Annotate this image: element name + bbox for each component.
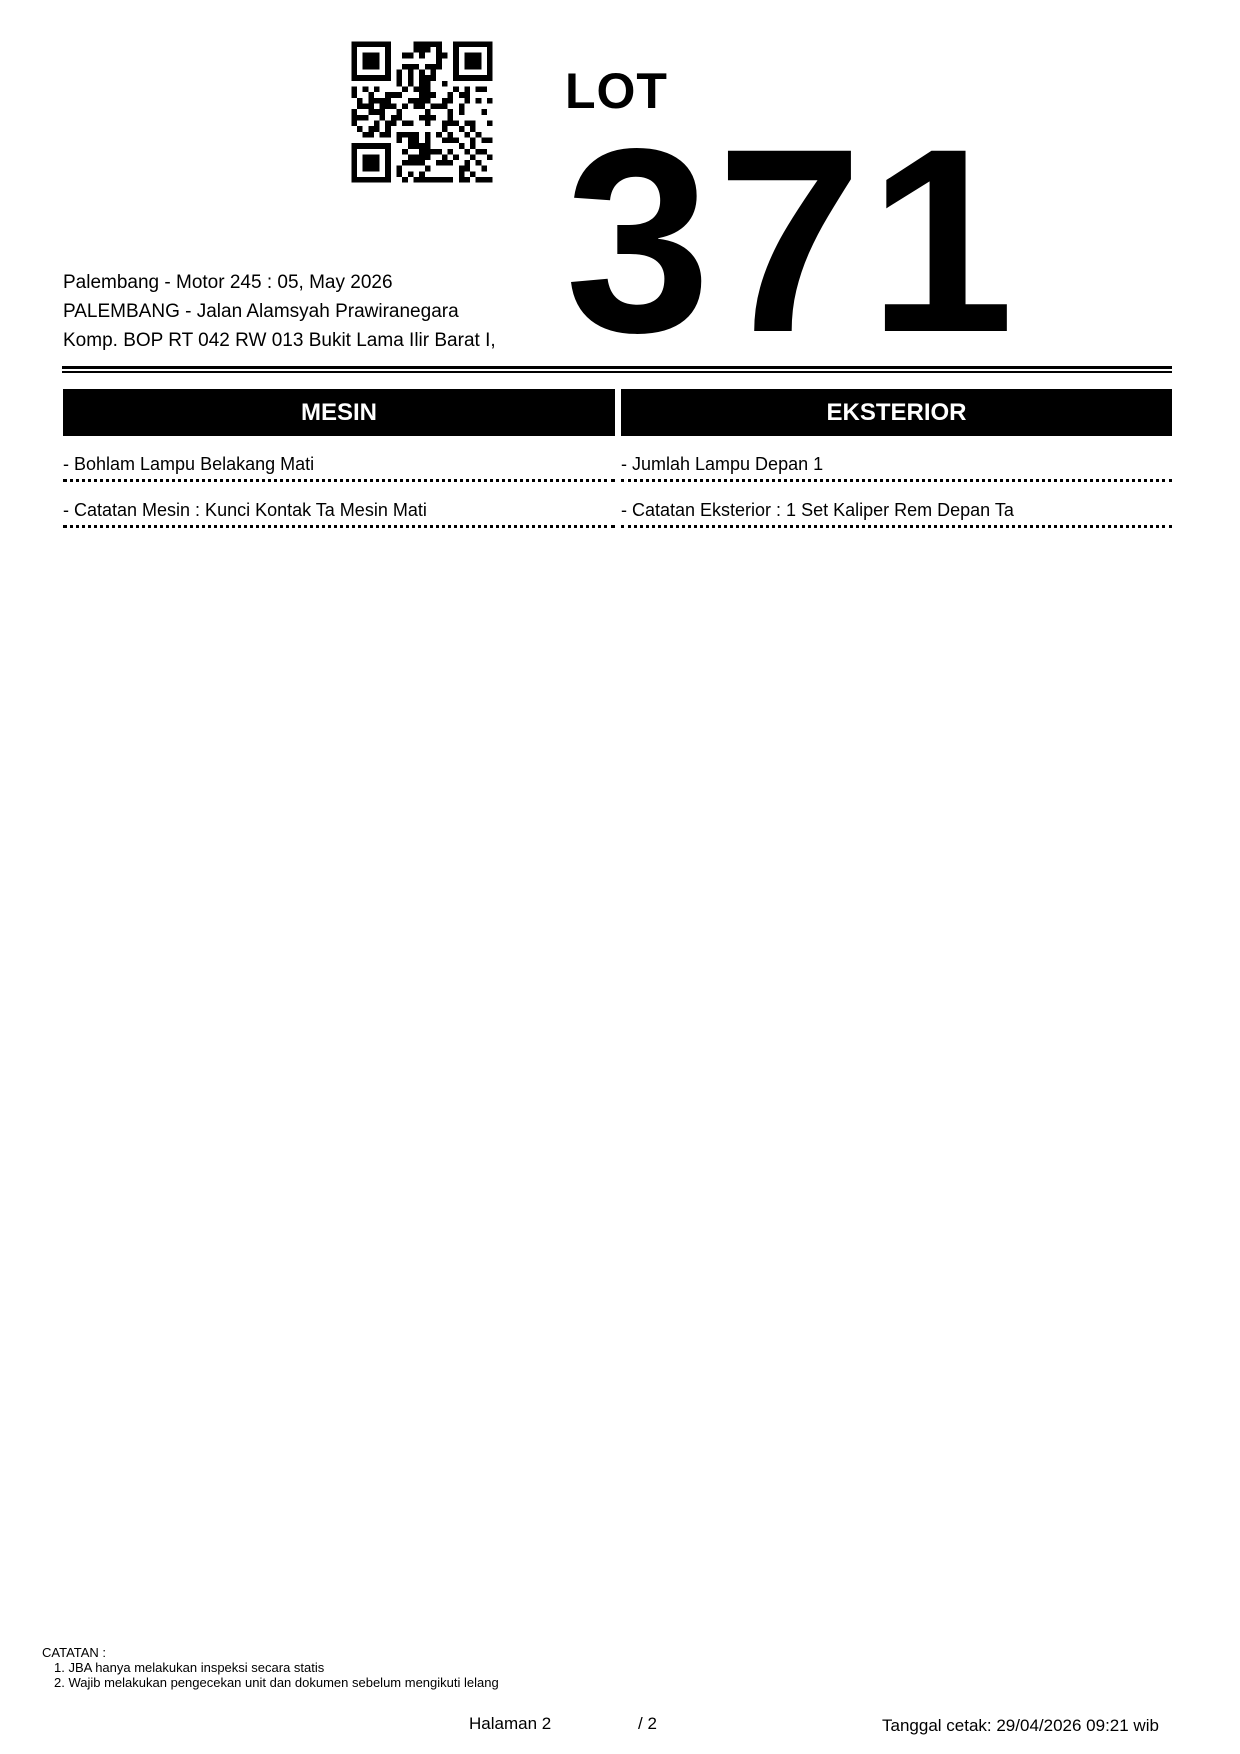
inspection-item: - Jumlah Lampu Depan 1 — [621, 436, 1172, 482]
lot-number: 371 — [565, 110, 1020, 372]
qr-code-icon — [340, 30, 504, 194]
section-header: MESIN — [63, 389, 615, 436]
print-date: Tanggal cetak: 29/04/2026 09:21 wib — [882, 1716, 1159, 1736]
notes-block: CATATAN : 1. JBA hanya melakukan inspeks… — [42, 1645, 499, 1690]
note-item: 1. JBA hanya melakukan inspeksi secara s… — [42, 1660, 499, 1675]
section-header: EKSTERIOR — [621, 389, 1172, 436]
inspection-item: - Catatan Eksterior : 1 Set Kaliper Rem … — [621, 482, 1172, 528]
inspection-item: - Bohlam Lampu Belakang Mati — [63, 436, 615, 482]
note-item: 2. Wajib melakukan pengecekan unit dan d… — [42, 1675, 499, 1690]
page-total: / 2 — [638, 1714, 657, 1734]
notes-title: CATATAN : — [42, 1645, 499, 1660]
inspection-item: - Catatan Mesin : Kunci Kontak Ta Mesin … — [63, 482, 615, 528]
section-mesin: MESIN - Bohlam Lampu Belakang Mati - Cat… — [63, 389, 615, 528]
address-line-2: Komp. BOP RT 042 RW 013 Bukit Lama Ilir … — [63, 326, 496, 355]
auction-location: Palembang - Motor 245 : 05, May 2026 PAL… — [63, 268, 496, 355]
header-divider-secondary — [62, 371, 1172, 373]
page-number: Halaman 2 — [469, 1714, 551, 1734]
section-eksterior: EKSTERIOR - Jumlah Lampu Depan 1 - Catat… — [621, 389, 1172, 528]
header-divider — [62, 366, 1172, 369]
address-line-1: PALEMBANG - Jalan Alamsyah Prawiranegara — [63, 297, 496, 326]
auction-title: Palembang - Motor 245 : 05, May 2026 — [63, 268, 496, 297]
